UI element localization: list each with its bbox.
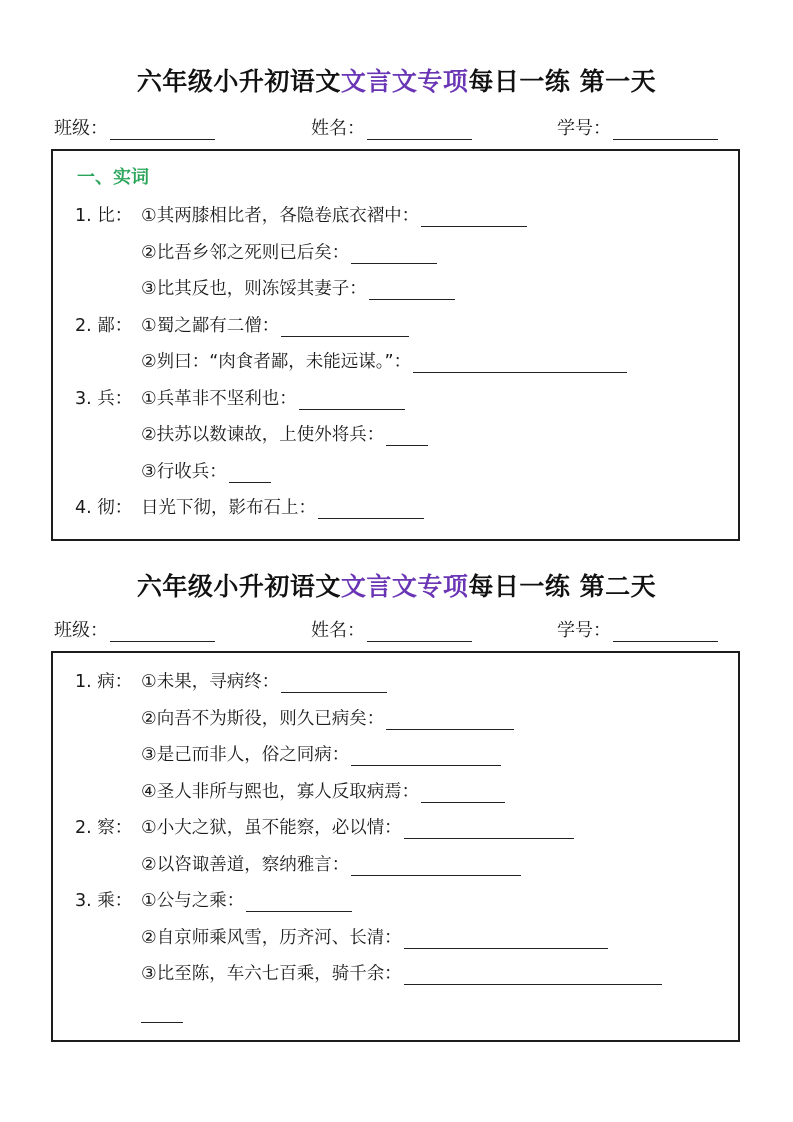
item-text: ①未果，寻病终： bbox=[141, 668, 279, 693]
exercise-line: ②以咨诹善道，察纳雅言： bbox=[141, 850, 521, 876]
name-input-blank[interactable] bbox=[367, 120, 472, 140]
section-heading: 一、实词 bbox=[77, 163, 149, 189]
answer-blank[interactable] bbox=[246, 892, 352, 912]
name-label: 姓名： bbox=[311, 616, 365, 642]
answer-blank[interactable] bbox=[351, 244, 437, 264]
item-text: ②刿曰：“肉食者鄙，未能远谋。”： bbox=[141, 348, 411, 373]
class-field: 班级： bbox=[54, 114, 215, 140]
title-accent: 文言文专项 bbox=[341, 67, 469, 96]
student-id-field: 学号： bbox=[557, 114, 718, 140]
title-accent: 文言文专项 bbox=[341, 572, 469, 601]
exercise-line: ④圣人非所与熙也，寡人反取病焉： bbox=[141, 777, 505, 803]
item-text: ③比至陈，车六七百乘，骑千余： bbox=[141, 960, 402, 985]
answer-blank[interactable] bbox=[386, 426, 428, 446]
exercise-line: ③比至陈，车六七百乘，骑千余： bbox=[141, 959, 662, 985]
worksheet-page: 六年级小升初语文文言文专项每日一练 第一天 班级： 姓名： 学号： 一、实词 1… bbox=[0, 0, 793, 1122]
item-text: ②比吾乡邻之死则已后矣： bbox=[141, 239, 349, 264]
title-suffix: 每日一练 第一天 bbox=[468, 67, 656, 96]
item-text: ①公与之乘： bbox=[141, 887, 244, 912]
exercise-line-continuation bbox=[141, 997, 183, 1023]
exercise-line: 3. 兵： ①兵革非不坚利也： bbox=[75, 384, 405, 410]
answer-blank[interactable] bbox=[404, 929, 608, 949]
student-id-input-blank[interactable] bbox=[613, 120, 718, 140]
exercise-line: ②比吾乡邻之死则已后矣： bbox=[141, 238, 437, 264]
exercise-line: ②向吾不为斯役，则久已病矣： bbox=[141, 704, 514, 730]
answer-blank[interactable] bbox=[281, 673, 387, 693]
exercise-line: 1. 比： ①其两膝相比者，各隐卷底衣褶中： bbox=[75, 201, 527, 227]
item-text: ①其两膝相比者，各隐卷底衣褶中： bbox=[141, 202, 419, 227]
student-info-row-day2: 班级： 姓名： 学号： bbox=[0, 616, 793, 646]
title-prefix: 六年级小升初语文 bbox=[137, 67, 341, 96]
item-text: ④圣人非所与熙也，寡人反取病焉： bbox=[141, 778, 419, 803]
answer-blank[interactable] bbox=[229, 463, 271, 483]
item-text: ②以咨诹善道，察纳雅言： bbox=[141, 851, 349, 876]
exercise-line: ③是己而非人，俗之同病： bbox=[141, 740, 501, 766]
answer-blank[interactable] bbox=[281, 317, 409, 337]
item-text: ②向吾不为斯役，则久已病矣： bbox=[141, 705, 384, 730]
answer-blank[interactable] bbox=[413, 353, 627, 373]
item-text: ③比其反也，则冻馁其妻子： bbox=[141, 275, 367, 300]
exercise-box-day1: 一、实词 1. 比： ①其两膝相比者，各隐卷底衣褶中： ②比吾乡邻之死则已后矣：… bbox=[51, 149, 740, 541]
class-label: 班级： bbox=[54, 616, 108, 642]
item-text: ②扶苏以数谏故，上使外将兵： bbox=[141, 421, 384, 446]
page-title-day2: 六年级小升初语文文言文专项每日一练 第二天 bbox=[0, 567, 793, 603]
exercise-line: ②刿曰：“肉食者鄙，未能远谋。”： bbox=[141, 347, 627, 373]
item-number: 1. 比： bbox=[75, 202, 141, 227]
answer-blank[interactable] bbox=[299, 390, 405, 410]
item-text: ①小大之狱，虽不能察，必以情： bbox=[141, 814, 402, 839]
item-number: 1. 病： bbox=[75, 668, 141, 693]
exercise-line: 2. 察： ①小大之狱，虽不能察，必以情： bbox=[75, 813, 574, 839]
exercise-line: ③行收兵： bbox=[141, 457, 271, 483]
item-text: ②自京师乘风雪，历齐河、长清： bbox=[141, 924, 402, 949]
title-suffix: 每日一练 第二天 bbox=[468, 572, 656, 601]
item-text: 日光下彻，影布石上： bbox=[141, 494, 316, 519]
answer-blank[interactable] bbox=[386, 710, 514, 730]
item-number: 2. 鄙： bbox=[75, 312, 141, 337]
exercise-line: 1. 病： ①未果，寻病终： bbox=[75, 667, 387, 693]
exercise-line: 3. 乘： ①公与之乘： bbox=[75, 886, 352, 912]
item-text: ①蜀之鄙有二僧： bbox=[141, 312, 279, 337]
exercise-line: ②自京师乘风雪，历齐河、长清： bbox=[141, 923, 608, 949]
student-id-input-blank[interactable] bbox=[613, 622, 718, 642]
answer-blank[interactable] bbox=[421, 207, 527, 227]
name-label: 姓名： bbox=[311, 114, 365, 140]
exercise-line: 4. 彻： 日光下彻，影布石上： bbox=[75, 493, 424, 519]
item-number: 2. 察： bbox=[75, 814, 141, 839]
answer-blank[interactable] bbox=[318, 499, 424, 519]
answer-blank[interactable] bbox=[421, 783, 505, 803]
page-title-day1: 六年级小升初语文文言文专项每日一练 第一天 bbox=[0, 62, 793, 98]
exercise-box-day2: 1. 病： ①未果，寻病终： ②向吾不为斯役，则久已病矣： ③是己而非人，俗之同… bbox=[51, 651, 740, 1042]
class-input-blank[interactable] bbox=[110, 120, 215, 140]
exercise-line: ③比其反也，则冻馁其妻子： bbox=[141, 274, 455, 300]
item-number: 3. 乘： bbox=[75, 887, 141, 912]
student-id-field: 学号： bbox=[557, 616, 718, 642]
student-id-label: 学号： bbox=[557, 114, 611, 140]
answer-blank[interactable] bbox=[351, 746, 501, 766]
item-text: ①兵革非不坚利也： bbox=[141, 385, 297, 410]
answer-blank[interactable] bbox=[404, 819, 574, 839]
student-id-label: 学号： bbox=[557, 616, 611, 642]
item-text: ③是己而非人，俗之同病： bbox=[141, 741, 349, 766]
exercise-line: 2. 鄙： ①蜀之鄙有二僧： bbox=[75, 311, 409, 337]
answer-blank[interactable] bbox=[404, 965, 662, 985]
answer-blank-continuation[interactable] bbox=[141, 1003, 183, 1023]
class-label: 班级： bbox=[54, 114, 108, 140]
name-field: 姓名： bbox=[311, 114, 472, 140]
answer-blank[interactable] bbox=[351, 856, 521, 876]
exercise-line: ②扶苏以数谏故，上使外将兵： bbox=[141, 420, 428, 446]
answer-blank[interactable] bbox=[369, 280, 455, 300]
class-field: 班级： bbox=[54, 616, 215, 642]
name-field: 姓名： bbox=[311, 616, 472, 642]
item-text: ③行收兵： bbox=[141, 458, 227, 483]
item-number: 3. 兵： bbox=[75, 385, 141, 410]
name-input-blank[interactable] bbox=[367, 622, 472, 642]
class-input-blank[interactable] bbox=[110, 622, 215, 642]
student-info-row-day1: 班级： 姓名： 学号： bbox=[0, 114, 793, 144]
title-prefix: 六年级小升初语文 bbox=[137, 572, 341, 601]
item-number: 4. 彻： bbox=[75, 494, 141, 519]
